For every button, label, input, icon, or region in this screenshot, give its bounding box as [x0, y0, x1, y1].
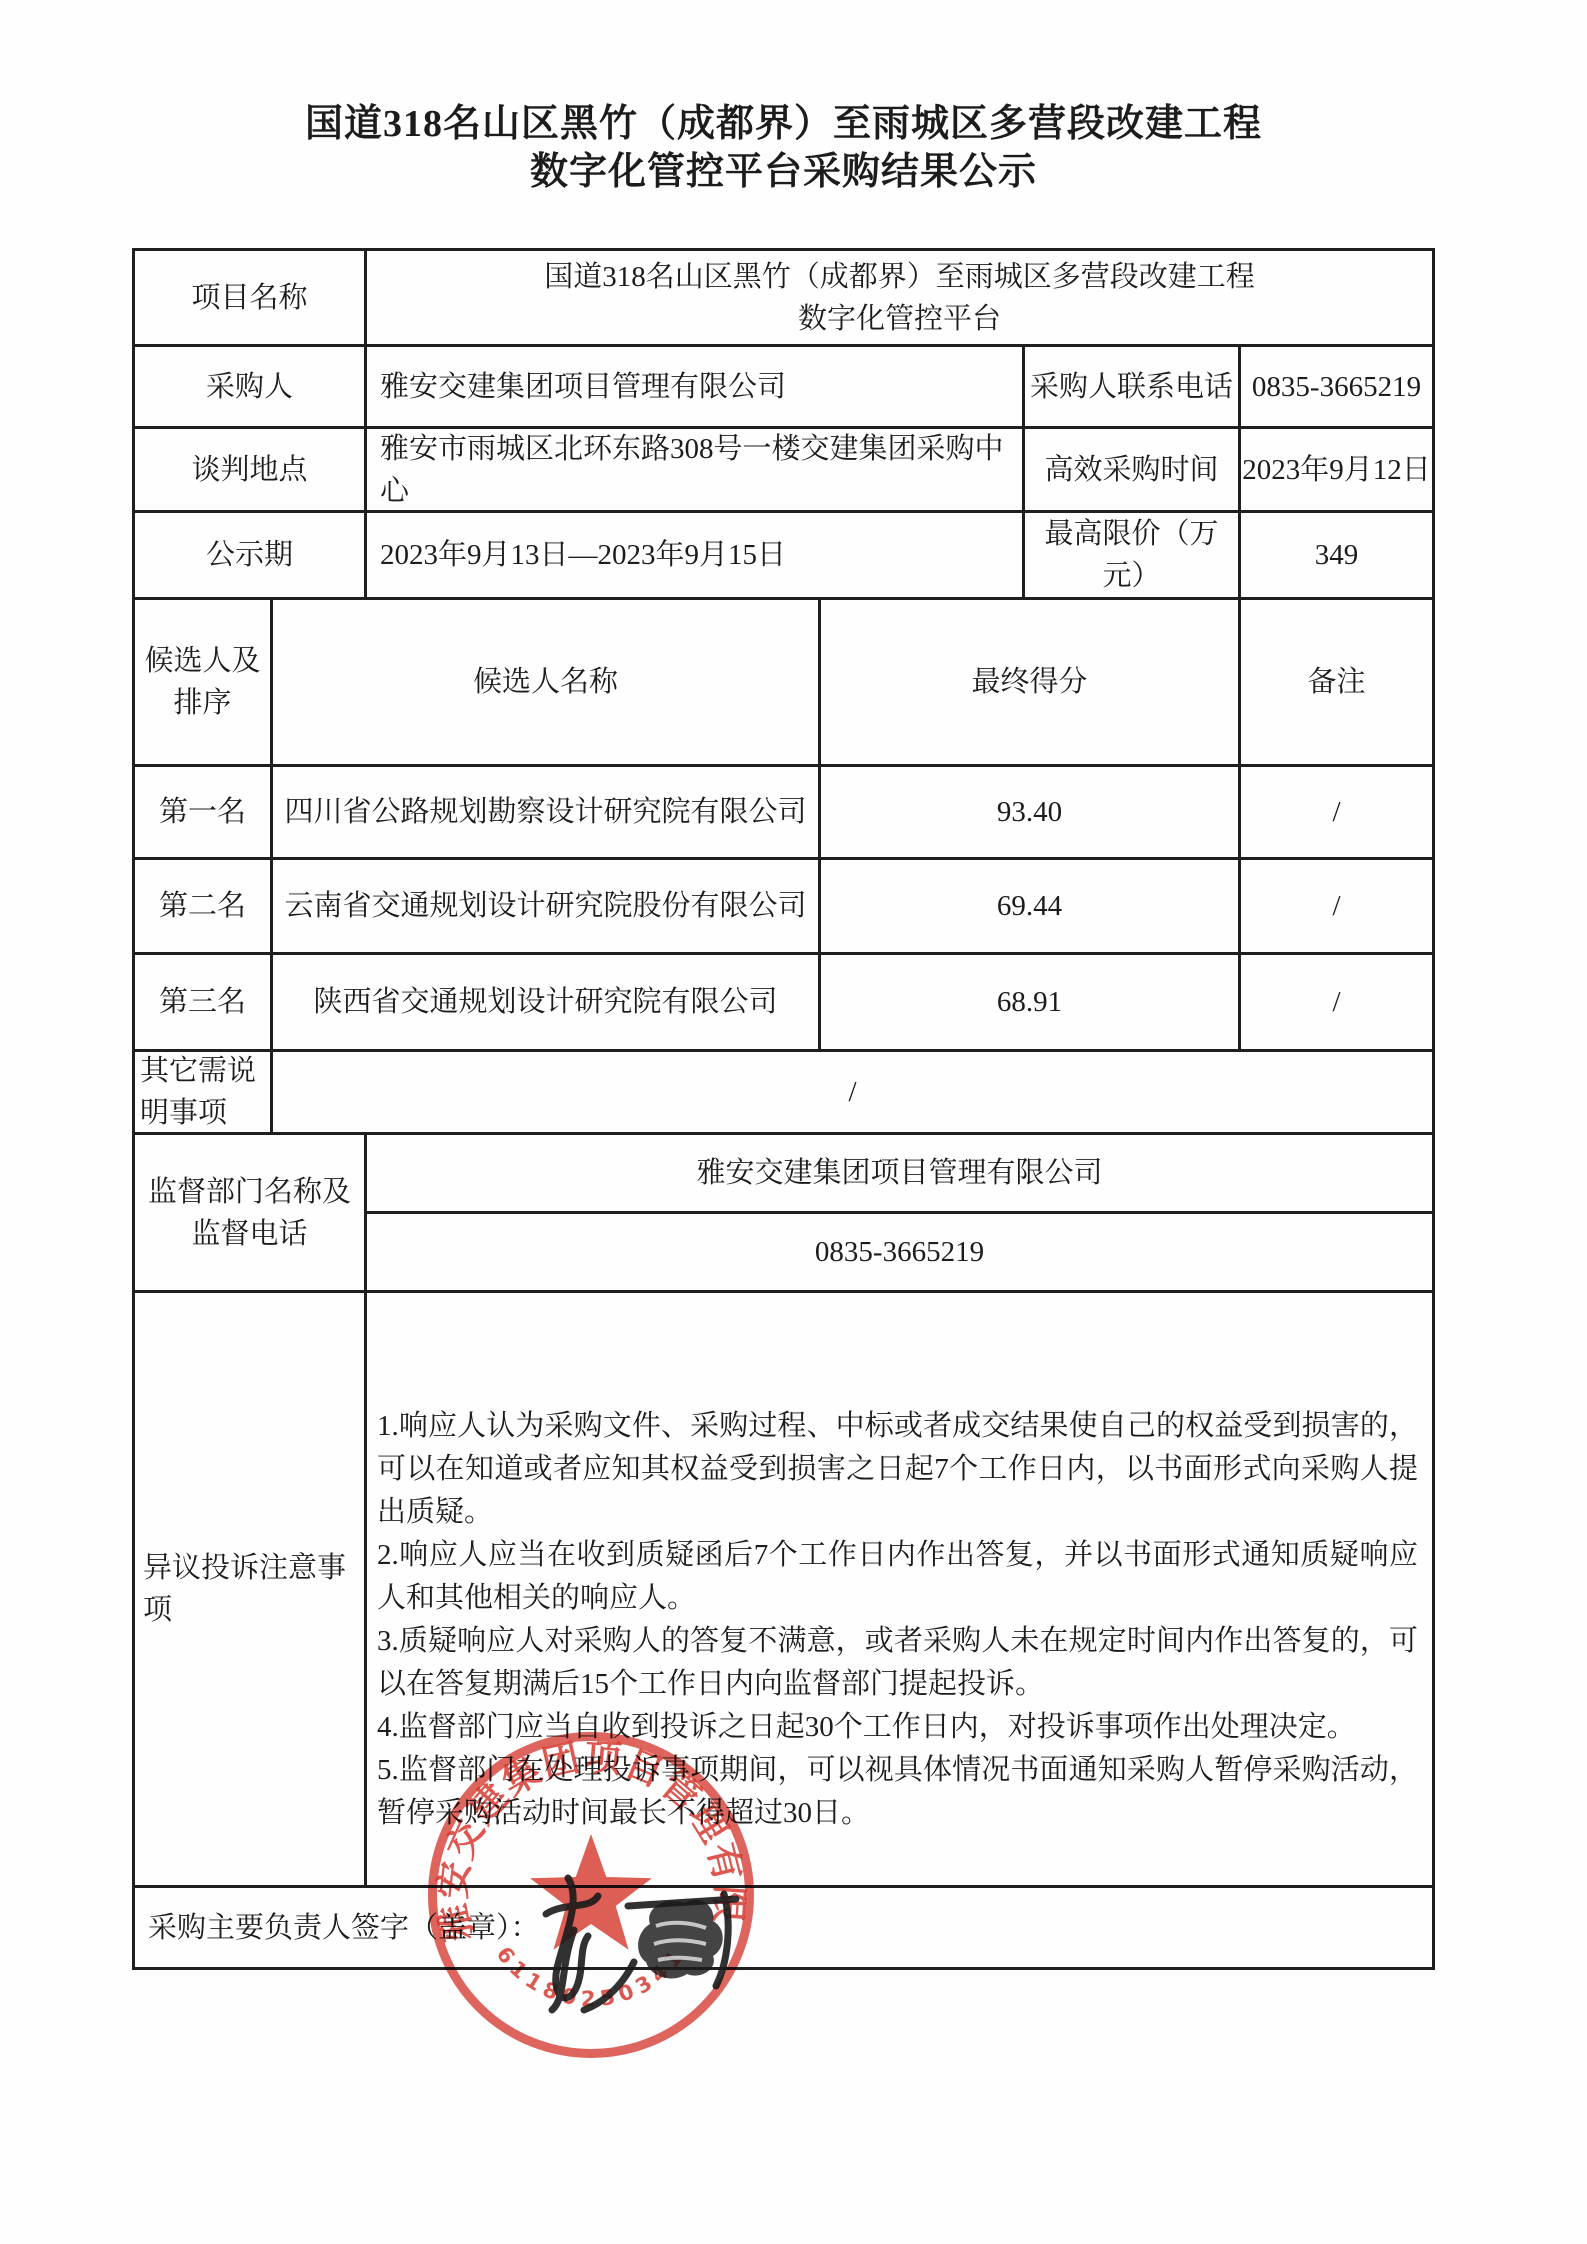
purchaser-phone-label: 采购人联系电话	[1025, 347, 1238, 426]
candidate-row-3-remark: /	[1241, 955, 1432, 1049]
candidate-row-3-name: 陕西省交通规划设计研究院有限公司	[273, 955, 818, 1049]
info-table: 项目名称 国道318名山区黑竹（成都界）至雨城区多营段改建工程 数字化管控平台 …	[132, 248, 1435, 600]
candidate-row-2-name: 云南省交通规划设计研究院股份有限公司	[273, 860, 818, 952]
candidates-header-remark: 备注	[1241, 600, 1432, 764]
max-price-value: 349	[1241, 513, 1432, 597]
supervision-name: 雅安交建集团项目管理有限公司	[367, 1135, 1432, 1211]
complaint-body: 1.响应人认为采购文件、采购过程、中标或者成交结果使自己的权益受到损害的，可以在…	[367, 1293, 1432, 1885]
document-page: 国道318名山区黑竹（成都界）至雨城区多营段改建工程 数字化管控平台采购结果公示…	[0, 0, 1587, 2244]
complaint-item-5: 5.监督部门在处理投诉事项期间，可以视具体情况书面通知采购人暂停采购活动，暂停采…	[377, 1749, 1418, 1835]
complaint-item-3: 3.质疑响应人对采购人的答复不满意，或者采购人未在规定时间内作出答复的，可以在答…	[377, 1620, 1418, 1706]
candidates-header-score: 最终得分	[821, 600, 1238, 764]
document-title: 国道318名山区黑竹（成都界）至雨城区多营段改建工程 数字化管控平台采购结果公示	[132, 100, 1435, 196]
procurement-time-value: 2023年9月12日	[1241, 429, 1432, 510]
purchaser-value: 雅安交建集团项目管理有限公司	[367, 347, 1022, 426]
supervision-phone: 0835-3665219	[367, 1214, 1432, 1290]
candidate-row-2-remark: /	[1241, 860, 1432, 952]
purchaser-label: 采购人	[135, 347, 364, 426]
procurement-time-label: 高效采购时间	[1025, 429, 1238, 510]
max-price-label: 最高限价（万元）	[1025, 513, 1238, 597]
document-title-line1: 国道318名山区黑竹（成都界）至雨城区多营段改建工程	[132, 100, 1435, 148]
negotiation-place-value: 雅安市雨城区北环东路308号一楼交建集团采购中心	[367, 429, 1022, 510]
publicity-period-value: 2023年9月13日—2023年9月15日	[367, 513, 1022, 597]
candidate-row-1-rank: 第一名	[135, 767, 270, 857]
negotiation-place-label: 谈判地点	[135, 429, 364, 510]
complaint-section: 异议投诉注意事项 1.响应人认为采购文件、采购过程、中标或者成交结果使自己的权益…	[132, 1290, 1435, 1888]
publicity-period-label: 公示期	[135, 513, 364, 597]
project-name-value-line2: 数字化管控平台	[544, 298, 1255, 340]
document-title-line2: 数字化管控平台采购结果公示	[132, 148, 1435, 196]
complaint-item-2: 2.响应人应当在收到质疑函后7个工作日内作出答复，并以书面形式通知质疑响应人和其…	[377, 1534, 1418, 1620]
supervision-label: 监督部门名称及监督电话	[135, 1135, 364, 1290]
candidate-row-2-rank: 第二名	[135, 860, 270, 952]
complaint-label: 异议投诉注意事项	[135, 1293, 364, 1885]
candidate-row-3-score: 68.91	[821, 955, 1238, 1049]
project-name-value-line1: 国道318名山区黑竹（成都界）至雨城区多营段改建工程	[544, 256, 1255, 298]
project-name-label: 项目名称	[135, 251, 364, 344]
complaint-item-4: 4.监督部门应当自收到投诉之日起30个工作日内，对投诉事项作出处理决定。	[377, 1706, 1418, 1749]
candidate-row-1-score: 93.40	[821, 767, 1238, 857]
supervision-table: 监督部门名称及监督电话 雅安交建集团项目管理有限公司 0835-3665219	[132, 1132, 1435, 1293]
complaint-item-1: 1.响应人认为采购文件、采购过程、中标或者成交结果使自己的权益受到损害的，可以在…	[377, 1405, 1418, 1534]
project-name-value: 国道318名山区黑竹（成都界）至雨城区多营段改建工程 数字化管控平台	[367, 251, 1432, 344]
purchaser-phone-value: 0835-3665219	[1241, 347, 1432, 426]
candidate-row-1-remark: /	[1241, 767, 1432, 857]
candidate-row-3-rank: 第三名	[135, 955, 270, 1049]
other-notes-value: /	[273, 1052, 1432, 1132]
candidates-header-rank: 候选人及排序	[135, 600, 270, 764]
candidates-table: 候选人及排序 候选人名称 最终得分 备注 第一名 四川省公路规划勘察设计研究院有…	[132, 597, 1435, 1135]
signature-label: 采购主要负责人签字（盖章）：	[135, 1888, 1432, 1967]
other-notes-label: 其它需说明事项	[135, 1052, 270, 1132]
candidates-header-name: 候选人名称	[273, 600, 818, 764]
candidate-row-2-score: 69.44	[821, 860, 1238, 952]
candidate-row-1-name: 四川省公路规划勘察设计研究院有限公司	[273, 767, 818, 857]
signature-row: 采购主要负责人签字（盖章）：	[132, 1885, 1435, 1970]
